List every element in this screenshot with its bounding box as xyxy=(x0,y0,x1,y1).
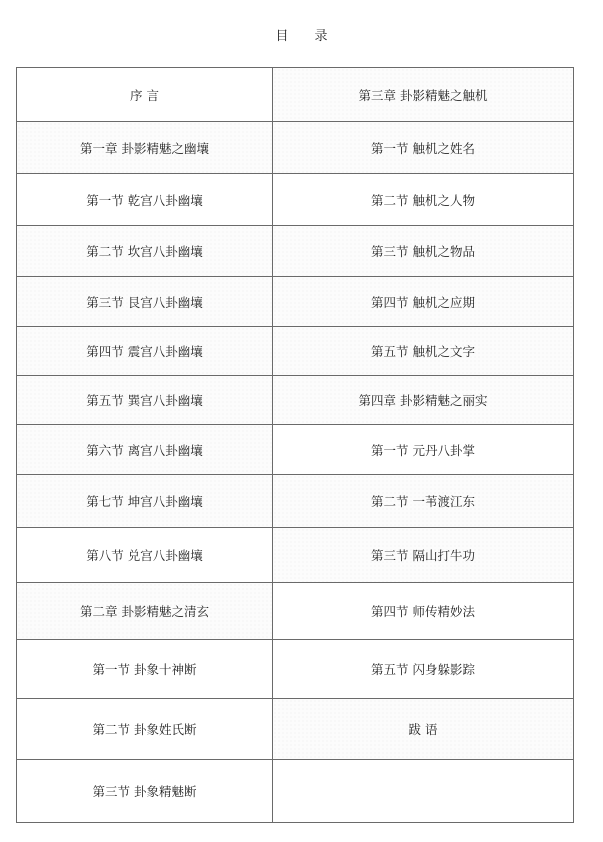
toc-entry-ch4-sec2[interactable]: 第二节 一苇渡江东 xyxy=(273,475,573,527)
toc-entry-ch4-sec5[interactable]: 第五节 闪身躲影踪 xyxy=(273,640,573,698)
toc-entry-empty xyxy=(273,760,573,822)
table-row: 第六节 离宫八卦幽壤 第一节 元丹八卦掌 xyxy=(17,424,573,474)
title-char-1: 目 xyxy=(275,25,288,44)
table-row: 第七节 坤宫八卦幽壤 第二节 一苇渡江东 xyxy=(17,474,573,527)
toc-entry-ch2-sec1[interactable]: 第一节 卦象十神断 xyxy=(17,640,273,698)
toc-entry-ch1-sec5[interactable]: 第五节 巽宫八卦幽壤 xyxy=(17,376,273,424)
toc-entry-ch3-sec5[interactable]: 第五节 触机之文字 xyxy=(273,327,573,375)
toc-entry-ch1-sec2[interactable]: 第二节 坎宫八卦幽壤 xyxy=(17,226,273,276)
toc-entry-ch1-sec3[interactable]: 第三节 艮宫八卦幽壤 xyxy=(17,277,273,326)
table-row: 第二章 卦影精魅之清玄 第四节 师传精妙法 xyxy=(17,582,573,639)
toc-entry-ch3-sec4[interactable]: 第四节 触机之应期 xyxy=(273,277,573,326)
toc-entry-afterword[interactable]: 跋 语 xyxy=(273,699,573,759)
table-row: 第一节 乾宫八卦幽壤 第二节 触机之人物 xyxy=(17,173,573,225)
table-row: 第二节 卦象姓氏断 跋 语 xyxy=(17,698,573,759)
table-row: 序 言 第三章 卦影精魅之触机 xyxy=(17,68,573,121)
table-row: 第一节 卦象十神断 第五节 闪身躲影踪 xyxy=(17,639,573,698)
toc-entry-ch1-sec7[interactable]: 第七节 坤宫八卦幽壤 xyxy=(17,475,273,527)
toc-entry-chapter-2[interactable]: 第二章 卦影精魅之清玄 xyxy=(17,583,273,639)
toc-entry-ch1-sec6[interactable]: 第六节 离宫八卦幽壤 xyxy=(17,425,273,474)
toc-entry-ch1-sec1[interactable]: 第一节 乾宫八卦幽壤 xyxy=(17,174,273,225)
toc-entry-chapter-1[interactable]: 第一章 卦影精魅之幽壤 xyxy=(17,122,273,173)
toc-entry-ch1-sec8[interactable]: 第八节 兑宫八卦幽壤 xyxy=(17,528,273,582)
table-of-contents: 序 言 第三章 卦影精魅之触机 第一章 卦影精魅之幽壤 第一节 触机之姓名 第一… xyxy=(16,67,574,823)
toc-entry-ch3-sec2[interactable]: 第二节 触机之人物 xyxy=(273,174,573,225)
toc-entry-ch2-sec3[interactable]: 第三节 卦象精魅断 xyxy=(17,760,273,822)
toc-entry-ch3-sec3[interactable]: 第三节 触机之物品 xyxy=(273,226,573,276)
title-char-2: 录 xyxy=(315,25,328,44)
toc-entry-ch3-sec1[interactable]: 第一节 触机之姓名 xyxy=(273,122,573,173)
table-row: 第八节 兑宫八卦幽壤 第三节 隔山打牛功 xyxy=(17,527,573,582)
toc-entry-chapter-4[interactable]: 第四章 卦影精魅之丽实 xyxy=(273,376,573,424)
table-row: 第三节 艮宫八卦幽壤 第四节 触机之应期 xyxy=(17,276,573,326)
table-row: 第二节 坎宫八卦幽壤 第三节 触机之物品 xyxy=(17,225,573,276)
toc-entry-ch4-sec4[interactable]: 第四节 师传精妙法 xyxy=(273,583,573,639)
toc-entry-chapter-3[interactable]: 第三章 卦影精魅之触机 xyxy=(273,68,573,121)
table-row: 第五节 巽宫八卦幽壤 第四章 卦影精魅之丽实 xyxy=(17,375,573,424)
table-row: 第三节 卦象精魅断 xyxy=(17,759,573,822)
table-row: 第一章 卦影精魅之幽壤 第一节 触机之姓名 xyxy=(17,121,573,173)
toc-entry-ch4-sec3[interactable]: 第三节 隔山打牛功 xyxy=(273,528,573,582)
toc-entry-ch1-sec4[interactable]: 第四节 震宫八卦幽壤 xyxy=(17,327,273,375)
toc-entry-preface[interactable]: 序 言 xyxy=(17,68,273,121)
toc-entry-ch4-sec1[interactable]: 第一节 元丹八卦掌 xyxy=(273,425,573,474)
toc-entry-ch2-sec2[interactable]: 第二节 卦象姓氏断 xyxy=(17,699,273,759)
page-title: 目录 xyxy=(0,25,603,44)
table-row: 第四节 震宫八卦幽壤 第五节 触机之文字 xyxy=(17,326,573,375)
